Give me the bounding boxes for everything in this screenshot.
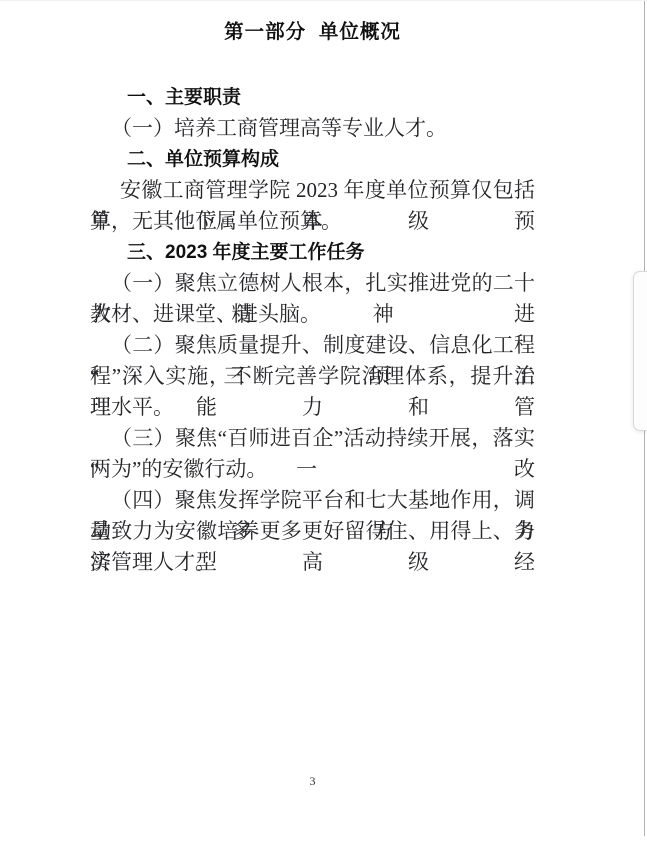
scrollbar-thumb[interactable] <box>633 271 647 431</box>
section-heading: 三、2023 年度主要工作任务 <box>90 237 535 268</box>
paragraph-line: （三）聚焦“百师进百企”活动持续开展，落实“一改 <box>90 423 535 454</box>
paragraph-line: （一）聚焦立德树人根本，扎实推进党的二十大精神进 <box>90 268 535 299</box>
document-body: 一、主要职责 （一）培养工商管理高等专业人才。 二、单位预算构成 安徽工商管理学… <box>90 82 535 578</box>
paragraph-line: （四）聚焦发挥学院平台和七大基地作用，调动多方力 <box>90 485 535 516</box>
paragraph-line: 量致力为安徽培养更多更好留得住、用得上、务实型高级经 <box>90 516 535 547</box>
page-number: 3 <box>90 774 535 789</box>
paragraph-line: 安徽工商管理学院 2023 年度单位预算仅包括单位本级预 <box>90 175 535 206</box>
paragraph-line: 程”深入实施，不断完善学院治理体系，提升治理能力和管 <box>90 361 535 392</box>
page-title: 第一部分 单位概况 <box>90 16 535 44</box>
section-heading: 二、单位预算构成 <box>90 144 535 175</box>
paragraph-line: （一）培养工商管理高等专业人才。 <box>90 113 535 144</box>
document-page: 第一部分 单位概况 一、主要职责 （一）培养工商管理高等专业人才。 二、单位预算… <box>0 0 647 851</box>
section-heading: 一、主要职责 <box>90 82 535 113</box>
paragraph-line: （二）聚焦质量提升、制度建设、信息化工程“三项工 <box>90 330 535 361</box>
